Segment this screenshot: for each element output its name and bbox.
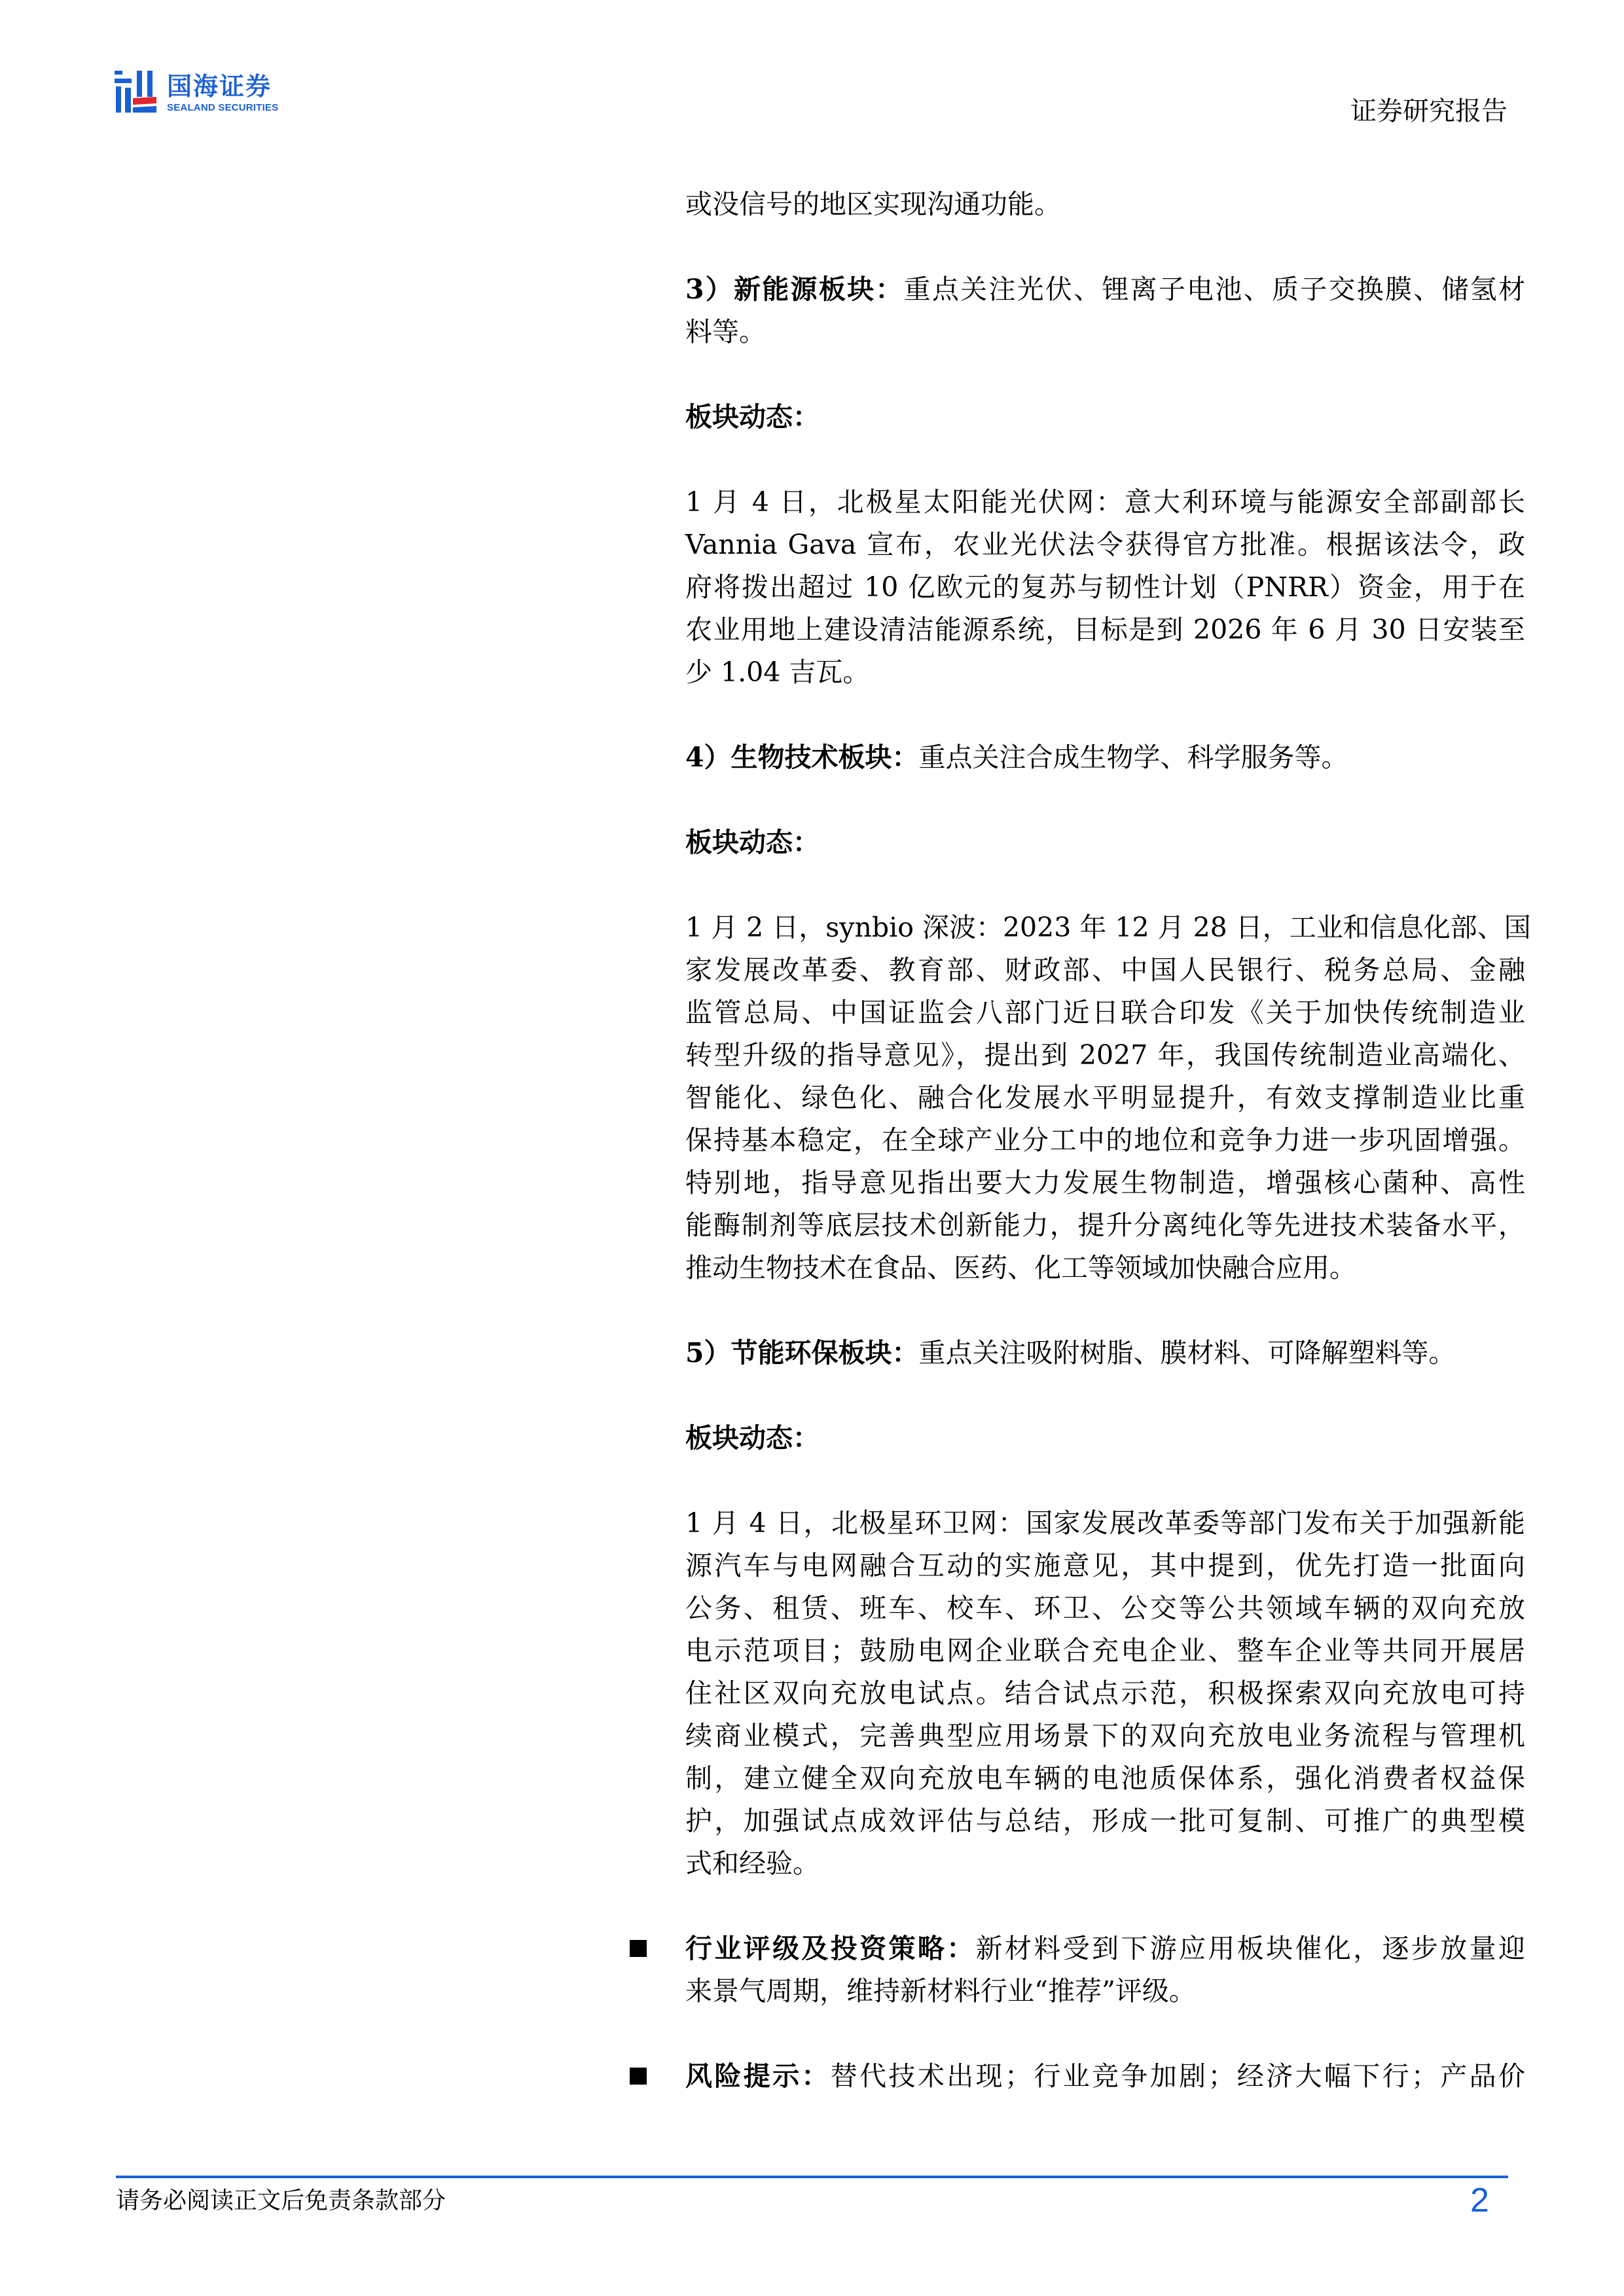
text-line: 家发展改革委、教育部、财政部、中国人民银行、税务总局、金融 — [685, 949, 1525, 992]
text-line: 智能化、绿色化、融合化发展水平明显提升，有效支撑制造业比重 — [685, 1077, 1525, 1119]
text-line: 或没信号的地区实现沟通功能。 — [685, 183, 1525, 226]
page-number: 2 — [1470, 2182, 1489, 2219]
text-line: 特别地，指导意见指出要大力发展生物制造，增强核心菌种、高性 — [685, 1162, 1525, 1204]
text-line: 府将拨出超过 10 亿欧元的复苏与韧性计划（PNRR）资金，用于在 — [685, 566, 1525, 609]
sector-focus: 重点关注吸附树脂、膜材料、可降解塑料等。 — [919, 1337, 1456, 1369]
text-line: 少 1.04 吉瓦。 — [685, 651, 1525, 694]
sector-news-heading: 板块动态： — [685, 821, 1525, 864]
sealand-logo-icon — [115, 71, 156, 113]
bullet-label: 行业评级及投资策略： — [685, 1933, 976, 1964]
text-line: 能酶制剂等底层技术创新能力，提升分离纯化等先进技术装备水平， — [685, 1204, 1525, 1247]
text-line: 护，加强试点成效评估与总结，形成一批可复制、可推广的典型模 — [685, 1800, 1525, 1842]
text-line: 公务、租赁、班车、校车、环卫、公交等公共领域车辆的双向充放 — [685, 1587, 1525, 1630]
logo-chinese-name: 国海证券 — [167, 72, 272, 101]
sector-focus: 重点关注光伏、锂离子电池、质子交换膜、储氢材 — [904, 274, 1525, 305]
bullet-risk-warning: 风险提示：替代技术出现；行业竞争加剧；经济大幅下行；产品价 — [685, 2055, 1525, 2098]
text-line: 转型升级的指导意见》，提出到 2027 年，我国传统制造业高端化、 — [685, 1034, 1525, 1077]
text-line: 电示范项目；鼓励电网企业联合充电企业、整车企业等共同开展居 — [685, 1630, 1525, 1672]
news-paragraph-solar: 1 月 4 日，北极星太阳能光伏网：意大利环境与能源安全部副部长 Vannia … — [685, 481, 1525, 694]
text-line: 农业用地上建设清洁能源系统，目标是到 2026 年 6 月 30 日安装至 — [685, 609, 1525, 651]
section-heading: 板块动态： — [685, 396, 1525, 439]
section-heading: 板块动态： — [685, 1417, 1525, 1460]
text-line: 续商业模式，完善典型应用场景下的双向充放电业务流程与管理机 — [685, 1715, 1525, 1757]
footer-divider — [116, 2176, 1508, 2178]
text-line: 式和经验。 — [685, 1842, 1525, 1885]
square-bullet-icon — [630, 1940, 647, 1957]
text-line: 来景气周期，维持新材料行业“推荐”评级。 — [685, 1970, 1525, 2013]
sector-label: 3）新能源板块： — [685, 274, 904, 305]
news-paragraph-synbio: 1 月 2 日，synbio 深波：2023 年 12 月 28 日，工业和信息… — [685, 906, 1525, 1289]
text-line: 住社区双向充放电试点。结合试点示范，积极探索双向充放电可持 — [685, 1672, 1525, 1715]
bullet-label: 风险提示： — [685, 2060, 831, 2092]
text-line: Vannia Gava 宣布，农业光伏法令获得官方批准。根据该法令，政 — [685, 524, 1525, 566]
text-line: 制，建立健全双向充放电车辆的电池质保体系，强化消费者权益保 — [685, 1757, 1525, 1800]
square-bullet-icon — [630, 2068, 647, 2085]
bullet-text: 新材料受到下游应用板块催化，逐步放量迎 — [976, 1933, 1525, 1964]
paragraph-continuation: 或没信号的地区实现沟通功能。 — [685, 183, 1525, 226]
footer-disclaimer: 请务必阅读正文后免责条款部分 — [116, 2185, 446, 2217]
report-body: 或没信号的地区实现沟通功能。 3）新能源板块：重点关注光伏、锂离子电池、质子交换… — [685, 183, 1525, 2140]
text-line: 1 月 2 日，synbio 深波：2023 年 12 月 28 日，工业和信息… — [685, 906, 1525, 949]
logo-english-name: SEALAND SECURITIES — [167, 102, 278, 114]
text-line: 保持基本稳定，在全球产业分工中的地位和竞争力进一步巩固增强。 — [685, 1119, 1525, 1162]
sector-news-heading: 板块动态： — [685, 396, 1525, 439]
sector-biotech: 4）生物技术板块：重点关注合成生物学、科学服务等。 — [685, 736, 1525, 779]
sector-news-heading: 板块动态： — [685, 1417, 1525, 1460]
sector-environmental: 5）节能环保板块：重点关注吸附树脂、膜材料、可降解塑料等。 — [685, 1332, 1525, 1374]
report-type-label: 证券研究报告 — [1350, 96, 1507, 127]
text-line: 监管总局、中国证监会八部门近日联合印发《关于加快传统制造业 — [685, 992, 1525, 1034]
text-line: 1 月 4 日，北极星环卫网：国家发展改革委等部门发布关于加强新能 — [685, 1502, 1525, 1545]
bullet-rating-strategy: 行业评级及投资策略：新材料受到下游应用板块催化，逐步放量迎 来景气周期，维持新材… — [685, 1928, 1525, 2013]
text-line: 推动生物技术在食品、医药、化工等领域加快融合应用。 — [685, 1247, 1525, 1289]
news-paragraph-v2g: 1 月 4 日，北极星环卫网：国家发展改革委等部门发布关于加强新能 源汽车与电网… — [685, 1502, 1525, 1885]
sector-new-energy: 3）新能源板块：重点关注光伏、锂离子电池、质子交换膜、储氢材 料等。 — [685, 268, 1525, 353]
text-line: 1 月 4 日，北极星太阳能光伏网：意大利环境与能源安全部副部长 — [685, 481, 1525, 524]
sector-focus: 重点关注合成生物学、科学服务等。 — [919, 742, 1348, 773]
sector-label: 4）生物技术板块： — [685, 742, 919, 773]
section-heading: 板块动态： — [685, 821, 1525, 864]
bullet-text: 替代技术出现；行业竞争加剧；经济大幅下行；产品价 — [831, 2060, 1525, 2092]
sector-label: 5）节能环保板块： — [685, 1337, 919, 1369]
text-line: 源汽车与电网融合互动的实施意见，其中提到，优先打造一批面向 — [685, 1545, 1525, 1587]
text-line: 料等。 — [685, 311, 1525, 353]
company-logo: 国海证券 SEALAND SECURITIES — [115, 69, 291, 115]
